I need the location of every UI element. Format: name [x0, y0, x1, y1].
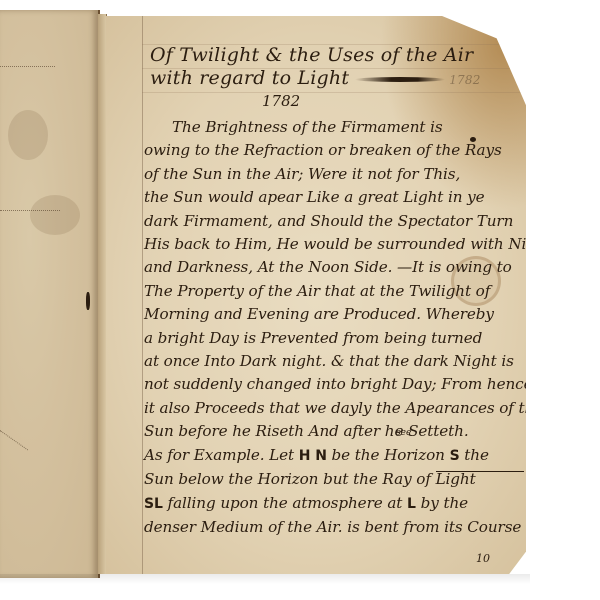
manuscript-text: Of Twilight & the Uses of the Air with r…: [144, 44, 522, 539]
text-line: a bright Day is Prevented from being tur…: [144, 327, 522, 350]
text-line: owing to the Refraction or breaken of th…: [144, 139, 522, 162]
stain: [30, 195, 80, 235]
text-line: Sun before he Riseth And after he Settet…: [144, 420, 522, 443]
text-line: at once Into Dark night. & that the dark…: [144, 350, 522, 373]
text-line: it also Proceeds that we dayly the Apear…: [144, 397, 522, 420]
text-line: Morning and Evening are Produced. Whereb…: [144, 303, 522, 326]
example-mid: be the Horizon: [332, 446, 445, 464]
text-line: The Property of the Air that at the Twil…: [144, 280, 522, 303]
example-prefix: As for Example. Let: [144, 446, 294, 464]
year: 1782: [262, 92, 522, 110]
pen-flourish: [355, 77, 445, 82]
text-line: denser Medium of the Air. is bent from i…: [144, 516, 522, 539]
ink-blot: [86, 292, 90, 310]
label-sl: SL: [144, 496, 163, 512]
ray-text: falling upon the atmosphere at: [168, 494, 403, 512]
insertion-mark: see: [396, 428, 411, 438]
label-l: L: [407, 496, 416, 512]
text-line: the Sun would apear Like a great Light i…: [144, 186, 522, 209]
title-line-2: with regard to Light1782: [150, 67, 522, 92]
title-line-1: Of Twilight & the Uses of the Air: [150, 44, 522, 67]
ray-suffix: by the: [421, 494, 468, 512]
text-line: not suddenly changed into bright Day; Fr…: [144, 373, 522, 396]
example-line: As for Example. Let H N be the Horizon S…: [144, 444, 522, 468]
label-hn: H N: [299, 448, 327, 464]
faded-year: 1782: [449, 73, 480, 87]
margin-line: [142, 16, 143, 574]
text-line: dark Firmament, and Should the Spectator…: [144, 210, 522, 233]
left-page: [0, 10, 100, 578]
page-shadow: [0, 574, 530, 584]
text-line: and Darkness, At the Noon Side. —It is o…: [144, 256, 522, 279]
text-line: The Brightness of the Firmament is: [144, 116, 522, 139]
example-suffix: the: [464, 446, 489, 464]
dotted-line: [0, 66, 55, 67]
dotted-line: [0, 210, 60, 211]
page-number: 10: [476, 552, 490, 565]
title-line-2-text: with regard to Light: [150, 67, 349, 89]
label-s: S: [450, 448, 460, 464]
right-page: Of Twilight & the Uses of the Air with r…: [106, 16, 526, 574]
book-gutter: [98, 14, 107, 574]
dotted-line: [0, 430, 28, 450]
section-rule: [436, 471, 524, 472]
text-line: of the Sun in the Air; Were it not for T…: [144, 163, 522, 186]
ray-line: SL falling upon the atmosphere at L by t…: [144, 492, 522, 516]
text-line: His back to Him, He would be surrounded …: [144, 233, 522, 256]
stain: [8, 110, 48, 160]
